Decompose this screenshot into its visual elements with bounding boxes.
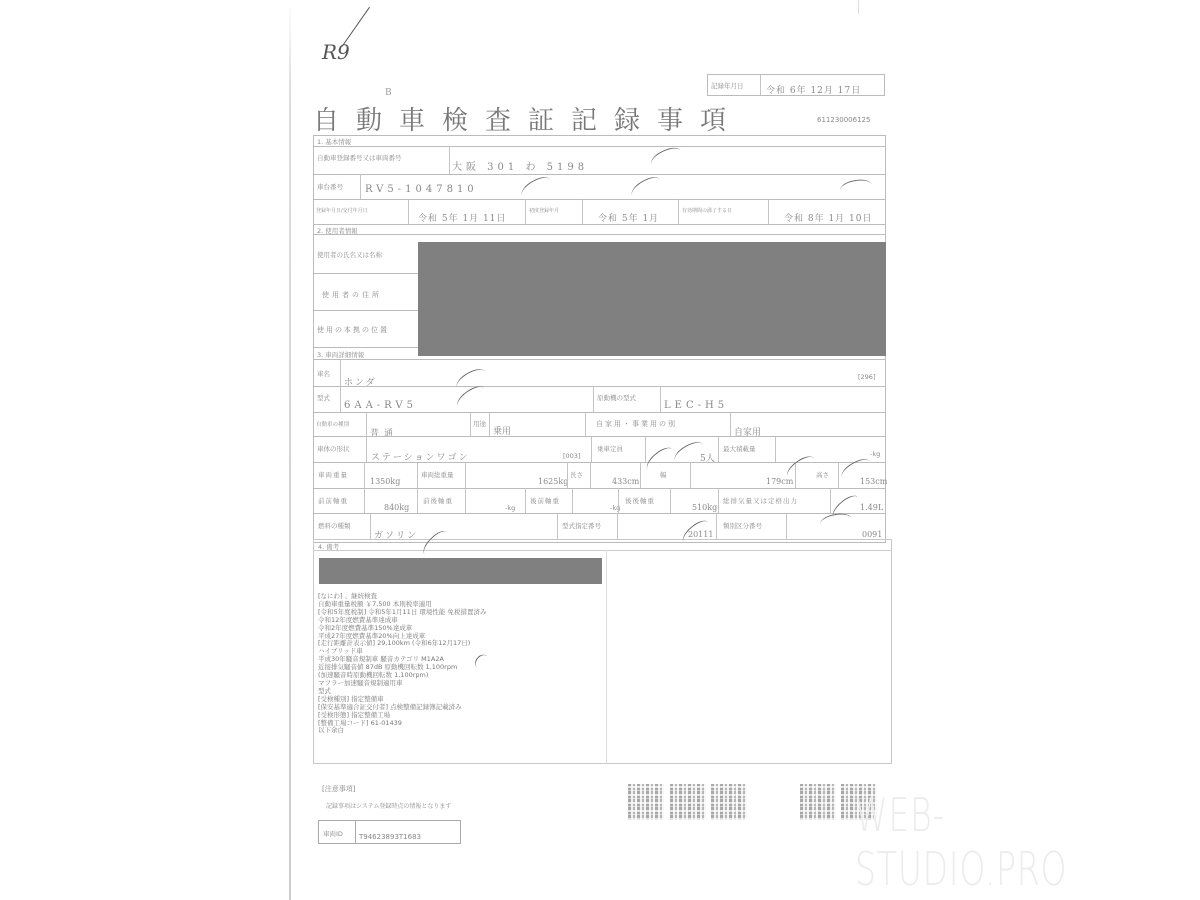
vehicle-id-label: 車両ID: [323, 829, 343, 838]
user-address-label: 使用者の住所: [322, 290, 382, 300]
category-value: 0091: [862, 530, 882, 539]
make-label: 車名: [317, 369, 330, 378]
scan-paper-edge: [289, 0, 291, 900]
record-date-value: 令和 6年 12月 17日: [766, 83, 861, 96]
rear-rear-axle-value: 510kg: [692, 503, 717, 512]
vehicle-id-value: T94623893T1683: [359, 833, 421, 841]
category-label: 類別区分番号: [723, 521, 762, 530]
first-reg-year-label: 初度登録年月: [529, 207, 559, 214]
qr-code-icon: [800, 784, 836, 820]
fuel-label: 燃料の種類: [318, 521, 351, 530]
qr-code-icon: [711, 784, 747, 820]
engine-model-label: 原動機の型式: [597, 393, 636, 402]
top-small-char: B: [385, 88, 392, 98]
registration-number: 大阪 301 わ 5198: [452, 158, 588, 173]
private-business-label: 自家用・事業用の別: [596, 419, 677, 429]
gross-weight-value: 1625kg: [538, 477, 568, 486]
max-load-value: -kg: [870, 450, 880, 458]
vehicle-type-label: 自動車の種別: [316, 420, 349, 428]
qr-code-icon: [628, 784, 664, 820]
notices-header: [注意事項]: [322, 784, 355, 794]
model-label: 型式: [317, 393, 330, 402]
height-label: 高さ: [816, 470, 829, 479]
handwritten-slash: [342, 7, 370, 47]
weight-label: 車両重量: [318, 470, 348, 479]
displacement-value: 1.49L: [860, 503, 883, 512]
front-front-axle-value: 840kg: [384, 503, 409, 512]
expiry-date: 令和 8年 1月 10日: [784, 211, 873, 224]
max-load-label: 最大積載量: [723, 444, 756, 453]
model-value: 6AA-RV5: [344, 400, 417, 411]
expiry-label: 有効期間の満了する日: [682, 207, 732, 214]
front-rear-axle-value: -kg: [505, 504, 515, 512]
redacted-user-info: [418, 242, 886, 356]
front-rear-axle-label: 前後軸重: [423, 496, 453, 505]
section-basic-info-header: 1. 基本情報: [317, 137, 351, 146]
first-registration: 令和 5年 1月 11日: [418, 211, 507, 224]
length-value: 433cm: [612, 477, 639, 486]
first-reg-year: 令和 5年 1月: [598, 211, 659, 224]
record-date-box: 記録年月日 令和 6年 12月 17日: [707, 74, 885, 96]
chassis-number: RV5-1047810: [365, 184, 478, 195]
height-value: 153cm: [860, 477, 887, 486]
remarks-text: [なにわ] 、継続検査自動車重量税額 ￥7,500 本則税率適用[令和5年度税制…: [318, 593, 486, 735]
vehicle-id-box: 車両ID T94623893T1683: [318, 820, 461, 844]
rear-front-axle-label: 後前軸重: [530, 496, 560, 505]
body-shape-label: 車体の形状: [317, 444, 350, 453]
section-vehicle-details-header: 3. 車両詳細情報: [317, 350, 364, 359]
handwritten-mark: R9: [322, 40, 350, 64]
base-location-label: 使用の本拠の位置: [317, 325, 389, 335]
first-registration-label: 登録年月日/交付年月日: [316, 207, 368, 214]
notices-text: 記録事項はシステム登録時点の情報となります: [326, 801, 451, 810]
length-label: 長さ: [570, 470, 583, 479]
use-label: 用途: [473, 419, 486, 428]
record-date-label: 記録年月日: [711, 81, 744, 90]
qr-code-icon: [670, 784, 706, 820]
front-front-axle-label: 前前軸重: [318, 496, 348, 505]
make-code: [296]: [858, 373, 875, 381]
weight-value: 1350kg: [370, 477, 400, 486]
remark-line: 以下余白: [318, 727, 486, 735]
user-name-label: 使用者の氏名又は名称: [317, 250, 382, 259]
engine-model-value: LEC-H5: [664, 400, 728, 411]
chassis-number-label: 車台番号: [317, 182, 343, 191]
vehicle-type-value: 普通: [370, 426, 398, 439]
document-title: 自動車検査証記録事項: [313, 100, 743, 137]
redacted-remarks: [319, 558, 602, 584]
gross-weight-label: 車両総重量: [421, 470, 454, 479]
capacity-label: 乗車定員: [597, 444, 623, 453]
remark-line: マフラー加速騒音規制適用車: [318, 680, 486, 688]
body-shape-code: [003]: [563, 452, 580, 460]
displacement-label: 総排気量又は定格出力: [723, 496, 798, 505]
scan-paper-edge-top: [858, 0, 859, 14]
rear-rear-axle-label: 後後軸重: [625, 496, 655, 505]
registration-number-label: 自動車登録番号又は車両番号: [317, 153, 402, 162]
watermark: WEB-STUDIO.PRO: [855, 788, 1103, 896]
type-designation-label: 型式指定番号: [562, 521, 601, 530]
document-number: 611230006125: [817, 116, 870, 124]
width-label: 幅: [660, 470, 667, 479]
